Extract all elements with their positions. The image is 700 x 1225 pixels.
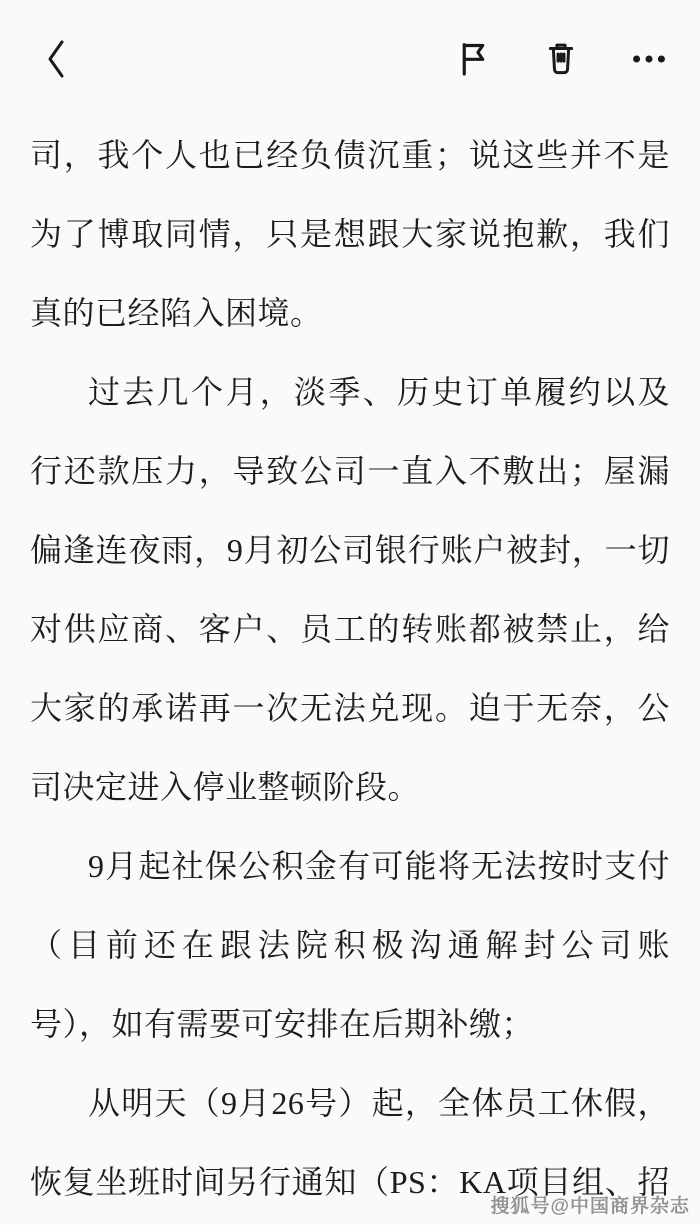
text-line: 大家的承诺再一次无法兑现。迫于无奈，公 [30, 669, 670, 748]
text-line: 行还款压力，导致公司一直入不敷出；屋漏 [30, 432, 670, 511]
text-line: 过去几个月，淡季、历史订单履约以及银 [30, 353, 670, 432]
text-line: 从明天（9月26号）起，全体员工休假， [30, 1064, 670, 1143]
flag-icon [456, 39, 492, 79]
text-line: 对供应商、客户、员工的转账都被禁止，给 [30, 590, 670, 669]
text-line: 为了博取同情，只是想跟大家说抱歉，我们 [30, 195, 670, 274]
watermark: 搜狐号@中国商界杂志 [490, 1191, 690, 1218]
trash-icon [544, 39, 578, 79]
back-button[interactable] [44, 39, 70, 79]
text-line: 真的已经陷入困境。 [30, 274, 670, 353]
toolbar [0, 34, 700, 84]
reader-page: { "toolbar": { "back_icon": "chevron-lef… [0, 0, 700, 1225]
text-line: 号），如有需要可安排在后期补缴； [30, 985, 670, 1064]
text-line: 司决定进入停业整顿阶段。 [30, 748, 670, 827]
flag-button[interactable] [456, 39, 492, 79]
text-line: 司，我个人也已经负债沉重；说这些并不是 [30, 116, 670, 195]
document-body: 司，我个人也已经负债沉重；说这些并不是 为了博取同情，只是想跟大家说抱歉，我们 … [0, 116, 700, 1222]
text-line: 9月起社保公积金有可能将无法按时支付 [30, 827, 670, 906]
more-button[interactable] [630, 39, 668, 79]
text-line: （目前还在跟法院积极沟通解封公司账 [30, 906, 670, 985]
text-line: 偏逢连夜雨，9月初公司银行账户被封，一切 [30, 511, 670, 590]
ellipsis-icon [630, 39, 668, 79]
chevron-left-icon [44, 39, 70, 79]
toolbar-actions [456, 39, 668, 79]
trash-button[interactable] [544, 39, 578, 79]
